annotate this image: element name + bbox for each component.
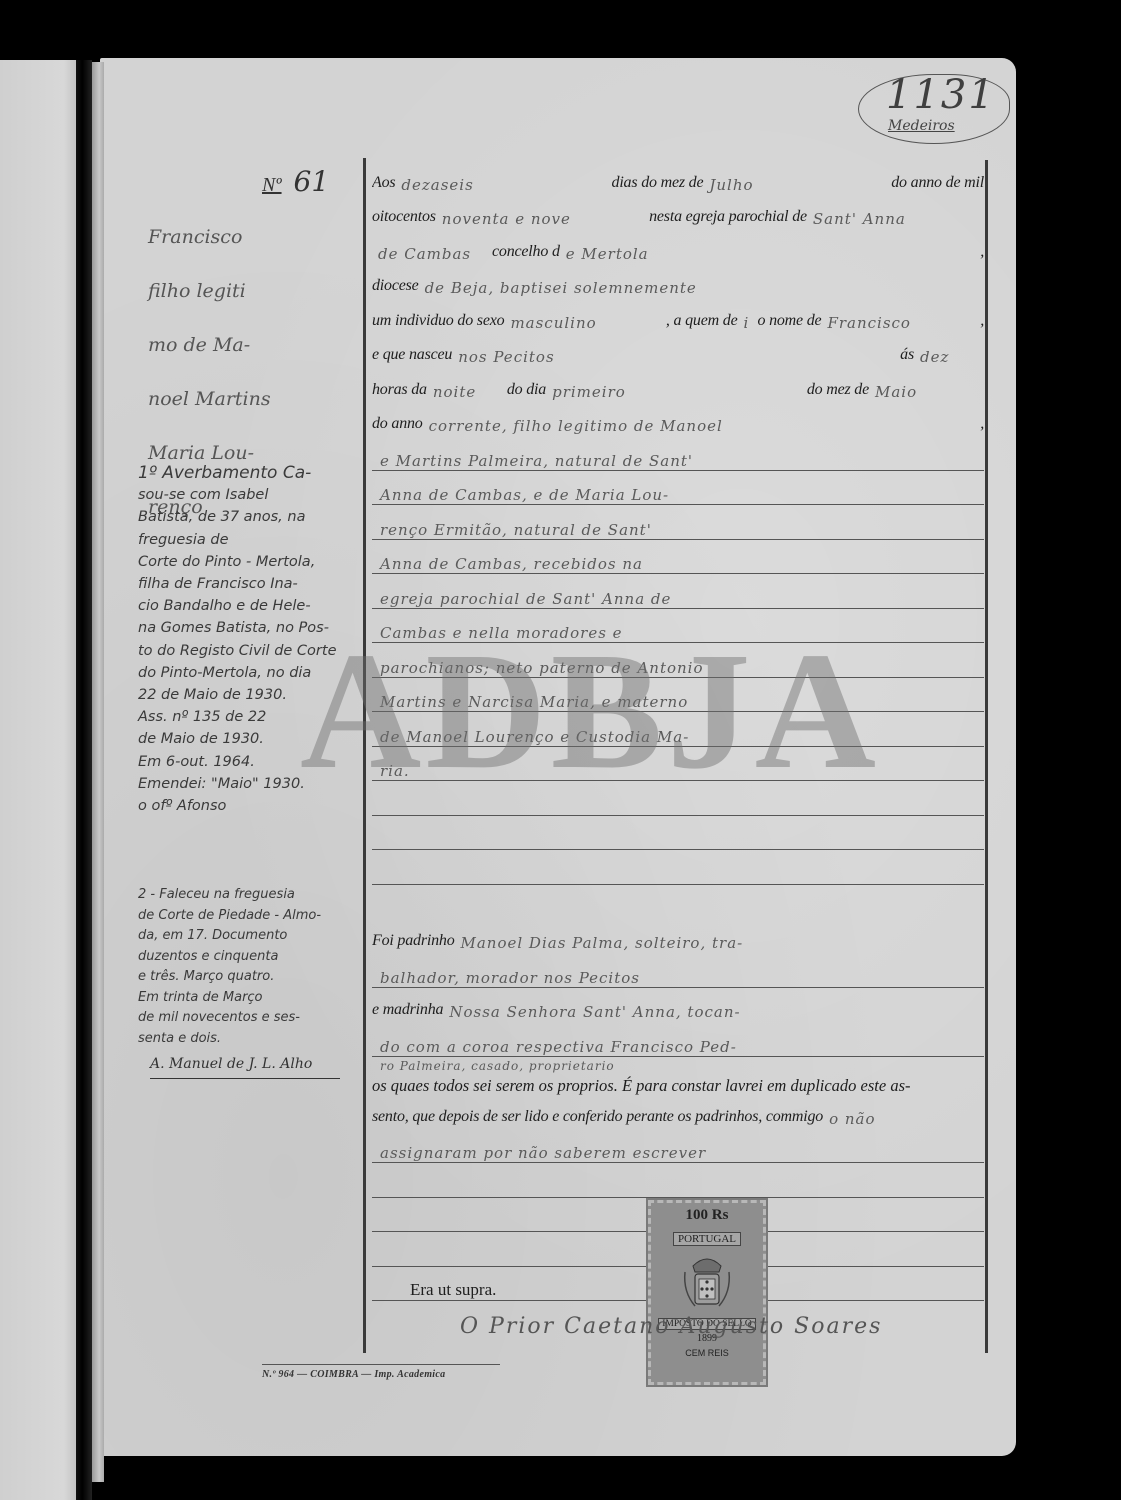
printed-text: sento, que depois de ser lido e conferid… — [372, 1108, 823, 1126]
margin-name-line: mo de Ma- — [148, 318, 360, 372]
handwritten-period: noite — [427, 383, 507, 402]
book-gutter — [76, 60, 92, 1500]
ruled-line: do com a coroa respectiva Francisco Ped- — [372, 1022, 984, 1057]
archive-reference-number: 1131 — [886, 72, 996, 118]
annotation-line: da, em 17. Documento — [138, 926, 362, 947]
ruled-line — [372, 781, 984, 816]
form-line-council: de Cambas concelho d e Mertola , — [372, 229, 984, 264]
ruled-line: renço Ermitão, natural de Sant' — [372, 505, 984, 540]
handwritten-godfather: Manoel Dias Palma, solteiro, tra- — [455, 934, 985, 953]
annotation-line: na Gomes Batista, no Pos- — [138, 617, 362, 639]
ruled-line: ro Palmeira, casado, proprietario — [372, 1057, 984, 1073]
handwritten-text: e Martins Palmeira, natural de Sant' — [372, 452, 984, 471]
handwritten-text: ria. — [372, 762, 984, 781]
printed-text: nesta egreja parochial de — [649, 208, 807, 226]
stamp-country: PORTUGAL — [673, 1232, 741, 1246]
annotation-line: Emendei: "Maio" 1930. — [138, 773, 362, 795]
annotation-line: Corte do Pinto - Mertola, — [138, 551, 362, 573]
right-border — [985, 160, 988, 1353]
printed-text: concelho d — [492, 243, 560, 261]
page-stack-edge — [92, 62, 104, 1482]
form-line-godfather: Foi padrinho Manoel Dias Palma, solteiro… — [372, 919, 984, 954]
coat-of-arms-icon — [681, 1252, 733, 1314]
handwritten-text: ro Palmeira, casado, proprietario — [372, 1059, 984, 1073]
printed-text: , — [980, 312, 984, 330]
printed-text: diocese — [372, 277, 419, 295]
ruled-line — [372, 816, 984, 851]
handwritten-text: Anna de Cambas, e de Maria Lou- — [372, 486, 984, 505]
handwritten-parents: corrente, filho legitimo de Manoel — [423, 417, 981, 436]
printed-text: Aos — [372, 174, 395, 192]
handwritten-godmother-cont: do com a coroa respectiva Francisco Ped- — [372, 1038, 984, 1057]
printed-text: , a quem de — [666, 312, 738, 330]
archive-reference-place: Medeiros — [888, 118, 955, 134]
entry-number: Nº 61 — [262, 165, 329, 198]
printer-imprint: N.º 964 — COIMBRA — Imp. Academica — [262, 1369, 445, 1380]
era-ut-supra: Era ut supra. — [410, 1280, 496, 1300]
entry-number-value: 61 — [294, 165, 330, 198]
handwritten-month: Julho — [703, 176, 891, 195]
stamp-value: 100 Rs — [686, 1207, 729, 1224]
handwritten-text: Martins e Narcisa Maria, e materno — [372, 693, 984, 712]
form-line-godmother: e madrinha Nossa Senhora Sant' Anna, toc… — [372, 988, 984, 1023]
printed-text: e que nasceu — [372, 346, 452, 364]
baptism-record-form: Aos dezaseis dias do mez de Julho do ann… — [372, 160, 984, 1301]
annotation-line: cio Bandalho e de Hele- — [138, 595, 362, 617]
handwritten-sex: masculino — [504, 314, 665, 333]
margin-name-line: noel Martins — [148, 372, 360, 426]
handwritten-text: egreja parochial de Sant' Anna de — [372, 590, 984, 609]
handwritten-text: Cambas e nella moradores e — [372, 624, 984, 643]
handwritten-hour: dez — [914, 348, 984, 367]
annotation-line: 22 de Maio de 1930. — [138, 684, 362, 706]
form-line-sex-name: um individuo do sexo masculino , a quem … — [372, 298, 984, 333]
printed-text: um individuo do sexo — [372, 312, 504, 330]
annotation-line: de Corte de Piedade - Almo- — [138, 906, 362, 927]
margin-annotation-marriage: 1º Averbamento Ca- sou-se com Isabel Bat… — [138, 462, 362, 817]
ruled-line: assignaram por não saberem escrever — [372, 1129, 984, 1164]
annotation-line: filha de Francisco Ina- — [138, 573, 362, 595]
ruled-line — [372, 1163, 984, 1198]
form-line-birthplace: e que nasceu nos Pecitos ás dez — [372, 333, 984, 368]
annotation-line: Em trinta de Março — [138, 988, 362, 1009]
ruled-line: egreja parochial de Sant' Anna de — [372, 574, 984, 609]
annotation-line: 1º Averbamento Ca- — [138, 462, 362, 484]
printed-text: o nome de — [757, 312, 821, 330]
annotation-line: Em 6-out. 1964. — [138, 751, 362, 773]
annotation-line: duzentos e cinquenta — [138, 947, 362, 968]
printed-text: e madrinha — [372, 1001, 443, 1019]
printed-text: ás — [900, 346, 914, 364]
handwritten-birth-day: primeiro — [546, 383, 807, 402]
form-line-date: Aos dezaseis dias do mez de Julho do ann… — [372, 160, 984, 195]
handwritten-text: renço Ermitão, natural de Sant' — [372, 521, 984, 540]
printed-text: do anno — [372, 415, 423, 433]
ruled-line: Anna de Cambas, e de Maria Lou- — [372, 471, 984, 506]
handwritten-text: de Manoel Lourenço e Custodia Ma- — [372, 728, 984, 747]
annotation-line: sou-se com Isabel — [138, 484, 362, 506]
ruled-line: Anna de Cambas, recebidos na — [372, 540, 984, 575]
ruled-line: parochianos; neto paterno de Antonio — [372, 643, 984, 678]
form-line-birth-year: do anno corrente, filho legitimo de Mano… — [372, 402, 984, 437]
handwritten-council: e Mertola — [560, 245, 980, 264]
margin-name-line: filho legiti — [148, 264, 360, 318]
handwritten-parish-cont: de Cambas — [372, 245, 492, 264]
annotation-line: do Pinto-Mertola, no dia — [138, 662, 362, 684]
printed-text: do dia — [507, 381, 546, 399]
printed-text: , — [980, 415, 984, 433]
revenue-stamp: 100 Rs PORTUGAL IMPOSTO DO SELLO 1899 CE… — [648, 1200, 766, 1385]
form-line-birth-time: horas da noite do dia primeiro do mez de… — [372, 367, 984, 402]
handwritten-text — [372, 884, 984, 885]
ruled-line: balhador, morador nos Pecitos — [372, 953, 984, 988]
annotation-line: senta e dois. — [138, 1029, 362, 1050]
annotation-line: de mil novecentos e ses- — [138, 1008, 362, 1029]
annotation-line: to do Registo Civil de Corte — [138, 640, 362, 662]
annotation-line: freguesia de — [138, 529, 362, 551]
previous-page-edge — [0, 60, 80, 1500]
printed-closing-text: os quaes todos sei serem os proprios. É … — [372, 1076, 911, 1096]
handwritten-text: parochianos; neto paterno de Antonio — [372, 659, 984, 678]
ruled-line: Martins e Narcisa Maria, e materno — [372, 678, 984, 713]
printed-text: dias do mez de — [612, 174, 704, 192]
annotation-line: Batista, de 37 anos, na — [138, 506, 362, 528]
form-line-closing-1: os quaes todos sei serem os proprios. É … — [372, 1073, 984, 1099]
entry-number-label: Nº — [262, 174, 282, 196]
priest-signature: O Prior Caetano Augusto Soares — [460, 1314, 882, 1339]
annotation-line: de Maio de 1930. — [138, 728, 362, 750]
handwritten-child-name: Francisco — [821, 314, 980, 333]
handwritten-birthplace: nos Pecitos — [452, 348, 900, 367]
margin-divider — [363, 158, 366, 1353]
margin-name-line: Francisco — [148, 210, 360, 264]
handwritten-text: o não — [823, 1110, 984, 1129]
handwritten-day: dezaseis — [395, 176, 611, 195]
handwritten-year: noventa e nove — [436, 210, 649, 229]
ruled-line — [372, 850, 984, 885]
margin-annotation-death: 2 - Faleceu na freguesia de Corte de Pie… — [138, 885, 362, 1049]
printed-text: oitocentos — [372, 208, 436, 226]
form-line-diocese: diocese de Beja, baptisei solemnemente — [372, 264, 984, 299]
annotation-signature: A. Manuel de J. L. Alho — [150, 1056, 340, 1079]
stamp-value-words: CEM REIS — [685, 1348, 729, 1358]
handwritten-text: Anna de Cambas, recebidos na — [372, 555, 984, 574]
ruled-line: Cambas e nella moradores e — [372, 609, 984, 644]
handwritten-godmother: Nossa Senhora Sant' Anna, tocan- — [443, 1003, 984, 1022]
form-line-closing-2: sento, que depois de ser lido e conferid… — [372, 1099, 984, 1129]
ruled-line: de Manoel Lourenço e Custodia Ma- — [372, 712, 984, 747]
ruled-line: ria. — [372, 747, 984, 782]
ruled-line: e Martins Palmeira, natural de Sant' — [372, 436, 984, 471]
printed-text: Foi padrinho — [372, 932, 455, 950]
handwritten-birth-month: Maio — [869, 383, 984, 402]
handwritten-diocese: de Beja, baptisei solemnemente — [419, 279, 984, 298]
annotation-line: Ass. nº 135 de 22 — [138, 706, 362, 728]
form-line-year-parish: oitocentos noventa e nove nesta egreja p… — [372, 195, 984, 230]
handwritten-text: assignaram por não saberem escrever — [372, 1144, 984, 1163]
printed-text: do mez de — [807, 381, 869, 399]
handwritten-godfather-cont: balhador, morador nos Pecitos — [372, 969, 984, 988]
annotation-line: e três. Março quatro. — [138, 967, 362, 988]
handwritten-verb: i — [737, 314, 757, 333]
handwritten-parish: Sant' Anna — [807, 210, 984, 229]
printed-text: horas da — [372, 381, 427, 399]
footer-rule — [262, 1364, 500, 1365]
printed-text: do anno de mil — [891, 174, 984, 192]
printed-text: , — [980, 243, 984, 261]
annotation-line: o ofº Afonso — [138, 795, 362, 817]
annotation-line: 2 - Faleceu na freguesia — [138, 885, 362, 906]
